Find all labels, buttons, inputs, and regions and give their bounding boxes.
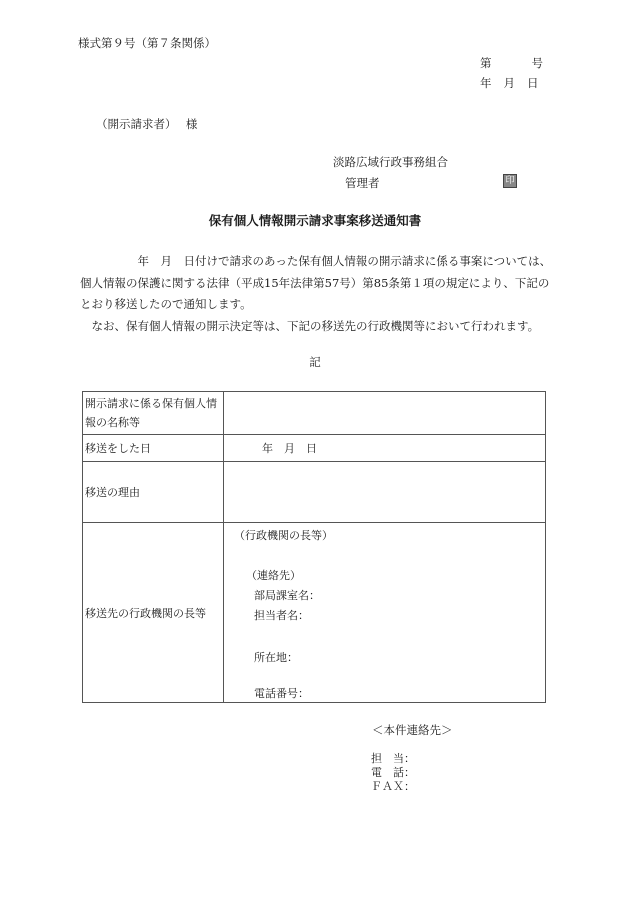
destination-details: （行政機関の長等） （連絡先） 部局課室名： 担当者名： 所在地： 電話番号：: [226, 523, 543, 702]
row-value: 年 月 日: [224, 435, 546, 462]
contact-fax: ＦＡＸ：: [371, 778, 415, 794]
doc-number-suffix: 号: [532, 56, 544, 70]
addressee: （開示請求者） 様: [96, 116, 197, 132]
row-label: 移送をした日: [83, 435, 224, 462]
destination-address: 所在地：: [254, 649, 298, 665]
row-value: （行政機関の長等） （連絡先） 部局課室名： 担当者名： 所在地： 電話番号：: [224, 523, 546, 703]
row-value: [224, 392, 546, 435]
destination-head: （行政機関の長等）: [234, 527, 333, 543]
ki-heading: 記: [0, 354, 630, 370]
table-row: 移送先の行政機関の長等 （行政機関の長等） （連絡先） 部局課室名： 担当者名：…: [83, 523, 546, 703]
body-paragraph-1: 年 月 日付けで請求のあった保有個人情報の開示請求に係る事案については、個人情報…: [80, 251, 560, 316]
sender-role: 管理者: [345, 175, 380, 191]
seal-icon: 印: [503, 174, 517, 188]
row-value: [224, 462, 546, 523]
transfer-info-table: 開示請求に係る保有個人情報の名称等 移送をした日 年 月 日 移送の理由 移送先…: [82, 391, 546, 703]
body-text: 年 月 日付けで請求のあった保有個人情報の開示請求に係る事案については、個人情報…: [80, 251, 560, 337]
date-year: 年: [480, 76, 492, 90]
form-number: 様式第９号（第７条関係）: [78, 35, 216, 51]
sender-organization: 淡路広域行政事務組合: [333, 154, 448, 170]
contact-heading: ＜本件連絡先＞: [372, 722, 453, 738]
destination-contact: （連絡先）: [246, 567, 301, 583]
table-row: 移送をした日 年 月 日: [83, 435, 546, 462]
date-month: 月: [504, 76, 516, 90]
table-row: 移送の理由: [83, 462, 546, 523]
body-paragraph-2: なお、保有個人情報の開示決定等は、下記の移送先の行政機関等において行われます。: [80, 316, 560, 338]
date-day: 日: [527, 76, 539, 90]
document-number: 第号: [480, 55, 543, 71]
destination-department: 部局課室名：: [254, 587, 320, 603]
doc-number-prefix: 第: [480, 56, 492, 70]
row-label: 移送先の行政機関の長等: [83, 523, 224, 703]
row-label: 開示請求に係る保有個人情報の名称等: [83, 392, 224, 435]
row-label: 移送の理由: [83, 462, 224, 523]
document-title: 保有個人情報開示請求事案移送通知書: [0, 211, 630, 229]
issue-date: 年月日: [480, 75, 539, 91]
destination-phone: 電話番号：: [254, 685, 309, 701]
destination-person: 担当者名：: [254, 607, 309, 623]
table-row: 開示請求に係る保有個人情報の名称等: [83, 392, 546, 435]
